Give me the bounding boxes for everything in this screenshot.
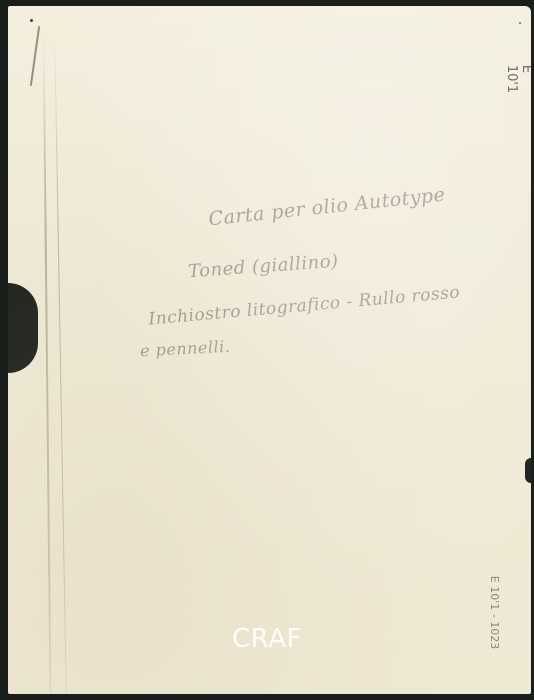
handwritten-note-line: Carta per olio Autotype bbox=[208, 184, 447, 231]
right-edge-notch bbox=[525, 458, 531, 483]
photo-verso-paper: E 10'1 Carta per olio Autotype Toned (gi… bbox=[8, 6, 531, 694]
fold-crease bbox=[54, 36, 66, 694]
fold-crease bbox=[43, 36, 52, 694]
pin-hole bbox=[519, 22, 521, 24]
inventory-number-top: E 10'1 bbox=[504, 65, 531, 93]
pencil-mark bbox=[30, 26, 40, 86]
handwritten-note-line: e pennelli. bbox=[140, 337, 231, 361]
left-edge-notch bbox=[8, 283, 38, 373]
handwritten-note-line: Inchiostro litografico - Rullo rosso bbox=[148, 282, 461, 329]
handwritten-note-line: Toned (giallino) bbox=[187, 251, 339, 282]
craf-watermark: CRAF bbox=[0, 624, 534, 654]
pin-hole bbox=[30, 19, 33, 22]
